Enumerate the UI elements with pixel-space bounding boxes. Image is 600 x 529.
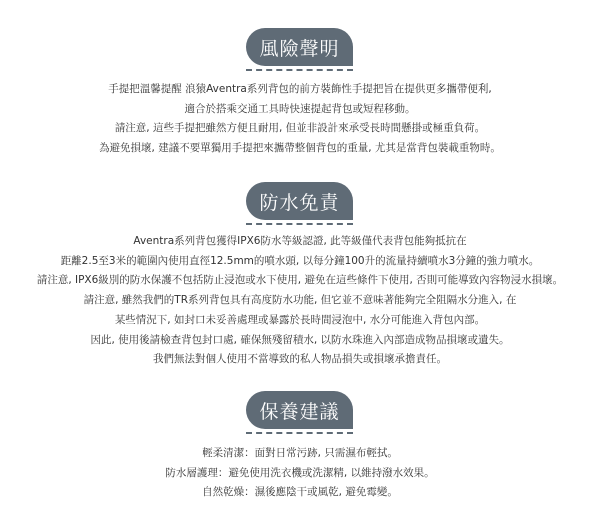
text-line: 手提把溫馨提醒 浪猿Aventra系列背包的前方裝飾性手提把旨在提供更多攜帶便利…: [0, 80, 600, 100]
text-line: 防水層護理：避免使用洗衣機或洗潔精, 以維持潑水效果。: [0, 464, 600, 484]
text-line: 距離2.5至3米的範圍內使用直徑12.5mm的噴水頭, 以每分鐘100升的流量持…: [0, 252, 600, 272]
section-title-badge: 保養建議: [246, 391, 353, 429]
text-line: 為避免損壞, 建議不要單獨用手提把來攜帶整個背包的重量, 尤其是當背包裝載重物時…: [0, 139, 600, 159]
text-line: 請注意, 這些手提把雖然方便且耐用, 但並非設計來承受長時間懸掛或極重負荷。: [0, 119, 600, 139]
dashed-divider: [246, 223, 353, 225]
dashed-divider: [246, 69, 353, 71]
text-line: 自然乾燥：濕後應陰干或風乾, 避免霉變。: [0, 483, 600, 503]
section-header-risk: 風險聲明: [246, 28, 353, 71]
section-title-badge: 防水免責: [246, 182, 353, 220]
text-line: 因此, 使用後請檢查背包封口處, 確保無殘留積水, 以防水珠進入內部造成物品損壞…: [0, 331, 600, 351]
section-header-care: 保養建議: [246, 391, 353, 434]
text-line: 我們無法對個人使用不當導致的私人物品損失或損壞承擔責任。: [0, 350, 600, 370]
text-line: Aventra系列背包獲得IPX6防水等級認證, 此等級僅代表背包能夠抵抗在: [0, 232, 600, 252]
text-line: 某些情況下, 如封口未妥善處理或暴露於長時間浸泡中, 水分可能進入背包內部。: [0, 311, 600, 331]
text-line: 請注意, IPX6級別的防水保護不包括防止浸泡或水下使用, 避免在這些條件下使用…: [0, 271, 600, 291]
section-header-waterproof: 防水免責: [246, 182, 353, 225]
dashed-divider: [246, 432, 353, 434]
risk-statement-text: 手提把溫馨提醒 浪猿Aventra系列背包的前方裝飾性手提把旨在提供更多攜帶便利…: [0, 80, 600, 159]
text-line: 輕柔清潔：面對日常污跡, 只需濕布輕拭。: [0, 444, 600, 464]
care-advice-text: 輕柔清潔：面對日常污跡, 只需濕布輕拭。 防水層護理：避免使用洗衣機或洗潔精, …: [0, 444, 600, 503]
waterproof-disclaimer-text: Aventra系列背包獲得IPX6防水等級認證, 此等級僅代表背包能夠抵抗在 距…: [0, 232, 600, 370]
text-line: 請注意, 雖然我們的TR系列背包具有高度防水功能, 但它並不意味著能夠完全阻隔水…: [0, 291, 600, 311]
text-line: 適合於搭乘交通工具時快速提起背包或短程移動。: [0, 100, 600, 120]
section-title-badge: 風險聲明: [246, 28, 353, 66]
